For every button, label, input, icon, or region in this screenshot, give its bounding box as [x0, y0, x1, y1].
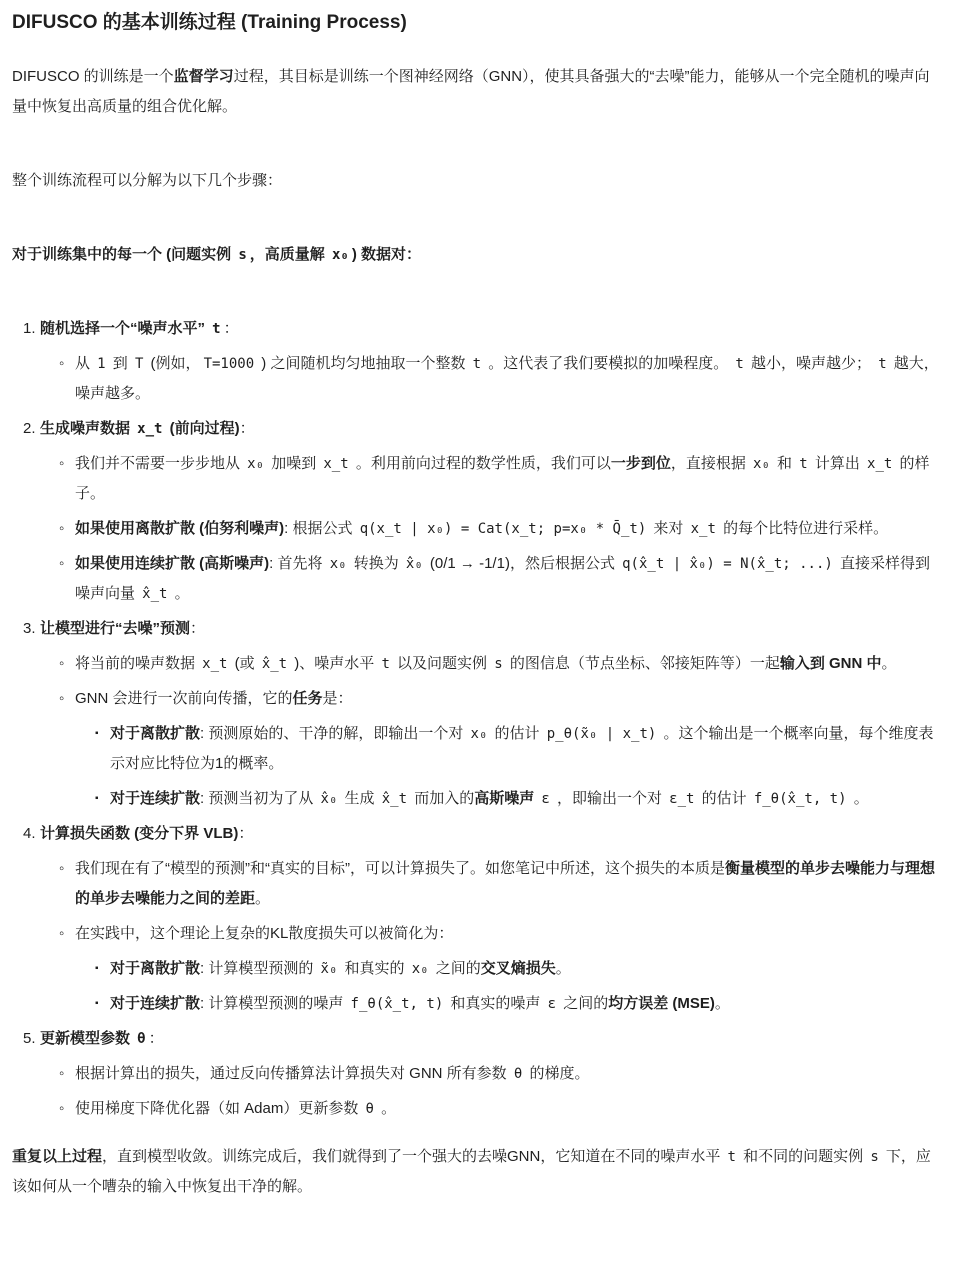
text-span: 而加入的	[410, 790, 474, 807]
text-span: )、噪声水平	[290, 655, 378, 672]
circle-bullet-icon: ◦	[59, 649, 64, 679]
text-span: 转换为	[350, 555, 403, 572]
text-span: ：	[224, 320, 239, 337]
inline-code: ε	[538, 791, 552, 807]
text-span: 。	[556, 960, 571, 977]
bullet-item: ◦在实践中，这个理论上复杂的KL散度损失可以被简化为：▪对于离散扩散: 计算模型…	[75, 919, 942, 1019]
conclusion-paragraph: 重复以上过程，直到模型收敛。训练完成后，我们就得到了一个强大的去噪GNN，它知道…	[12, 1142, 942, 1202]
text-span: 到	[109, 355, 132, 372]
text-span: 是：	[323, 690, 353, 707]
numbered-step-item: 2.生成噪声数据 x_t (前向过程)：◦我们并不需要一步步地从 x₀ 加噪到 …	[40, 414, 942, 609]
document-body: DIFUSCO 的训练是一个监督学习过程，其目标是训练一个图神经网络（GNN），…	[12, 62, 942, 1202]
circle-bullet-icon: ◦	[59, 349, 64, 379]
inline-code: x_t	[199, 656, 230, 672]
list-number: 4.	[23, 819, 36, 849]
text-span: : 计算模型预测的	[200, 960, 318, 977]
text-span: : 计算模型预测的噪声	[200, 995, 348, 1012]
text-span: 。	[715, 995, 730, 1012]
bullet-item: ◦从 1 到 T (例如，T=1000 ) 之间随机均匀地抽取一个整数 t 。这…	[75, 349, 942, 409]
text-span: 计算损失函数 (变分下界 VLB)	[40, 825, 238, 842]
text-span: 我们并不需要一步步地从	[75, 455, 244, 472]
inline-code: T	[132, 356, 146, 372]
inline-code: t	[378, 656, 392, 672]
text-span: 如果使用离散扩散 (伯努利噪声)	[75, 520, 284, 537]
text-span: 监督学习	[174, 68, 234, 85]
numbered-step-item: 4.计算损失函数 (变分下界 VLB)：◦我们现在有了“模型的预测”和“真实的目…	[40, 819, 942, 1019]
text-span: ：	[149, 1030, 164, 1047]
inline-code: t	[470, 356, 484, 372]
circle-bullet-icon: ◦	[59, 549, 64, 579]
text-span: 。	[170, 585, 189, 602]
inline-code: x̃₀	[318, 961, 341, 977]
inline-code: x₀	[244, 456, 267, 472]
text-span: 生成	[340, 790, 378, 807]
inline-code: s	[867, 1149, 881, 1165]
numbered-step-item: 1.随机选择一个“噪声水平” t：◦从 1 到 T (例如，T=1000 ) 之…	[40, 314, 942, 409]
text-span: 根据计算出的损失，通过反向传播算法计算损失对 GNN 所有参数	[75, 1065, 511, 1082]
square-bullet-icon: ▪	[95, 954, 99, 984]
inline-code: f_θ(x̂_t, t)	[751, 791, 850, 807]
inline-code: x_t	[320, 456, 351, 472]
circle-bullet-icon: ◦	[59, 1059, 64, 1089]
bullet-item: ◦如果使用离散扩散 (伯努利噪声): 根据公式 q(x_t | x₀) = Ca…	[75, 514, 942, 544]
text-span: ，直接根据	[671, 455, 750, 472]
bullet-list-level-2: ◦将当前的噪声数据 x_t (或 x̂_t )、噪声水平 t 以及问题实例 s …	[40, 649, 942, 814]
text-span: 如果使用连续扩散 (高斯噪声)	[75, 555, 269, 572]
square-bullet-icon: ▪	[95, 989, 99, 1019]
text-span: (前向过程)	[165, 420, 239, 437]
inline-code: T=1000	[201, 356, 258, 372]
inline-code: q(x̂_t | x̂₀) = N(x̂_t; ...)	[619, 556, 836, 572]
document: DIFUSCO 的基本训练过程 (Training Process) DIFUS…	[0, 0, 956, 1266]
circle-bullet-icon: ◦	[59, 684, 64, 714]
text-span: 让模型进行“去噪”预测	[40, 620, 190, 637]
numbered-step-item: 5.更新模型参数 θ：◦根据计算出的损失，通过反向传播算法计算损失对 GNN 所…	[40, 1024, 942, 1124]
text-span: : 预测原始的、干净的解，即输出一个对	[200, 725, 468, 742]
steps-lead-paragraph: 整个训练流程可以分解为以下几个步骤：	[12, 166, 942, 196]
bullet-item: ▪对于离散扩散: 计算模型预测的 x̃₀ 和真实的 x₀ 之间的交叉熵损失。	[110, 954, 942, 984]
text-span: 和不同的问题实例	[739, 1148, 867, 1165]
text-span: 。	[377, 1100, 396, 1117]
bullet-item: ◦根据计算出的损失，通过反向传播算法计算损失对 GNN 所有参数 θ 的梯度。	[75, 1059, 942, 1089]
list-number: 3.	[23, 614, 36, 644]
square-bullet-icon: ▪	[95, 784, 99, 814]
text-span: 之间的	[432, 960, 481, 977]
inline-code: f_θ(x̂_t, t)	[348, 996, 447, 1012]
text-span: 均方误差 (MSE)	[608, 995, 715, 1012]
list-number: 5.	[23, 1024, 36, 1054]
text-span: ，直到模型收敛。训练完成后，我们就得到了一个强大的去噪GNN，它知道在不同的噪声…	[102, 1148, 725, 1165]
numbered-step-item: 3.让模型进行“去噪”预测：◦将当前的噪声数据 x_t (或 x̂_t )、噪声…	[40, 614, 942, 814]
inline-code: t	[796, 456, 810, 472]
circle-bullet-icon: ◦	[59, 919, 64, 949]
inline-code: θ	[363, 1101, 377, 1117]
text-span: 生成噪声数据	[40, 420, 134, 437]
bullet-item: ◦如果使用连续扩散 (高斯噪声): 首先将 x₀ 转换为 x̂₀ (0/1 → …	[75, 549, 942, 609]
bullet-list-level-2: ◦我们现在有了“模型的预测”和“真实的目标”，可以计算损失了。如您笔记中所述，这…	[40, 854, 942, 1019]
inline-code: ε	[545, 996, 559, 1012]
bullet-item: ▪对于连续扩散: 预测当初为了从 x̂₀ 生成 x̂_t 而加入的高斯噪声 ε …	[110, 784, 942, 814]
text-span: 加噪到	[267, 455, 320, 472]
bullet-item: ◦将当前的噪声数据 x_t (或 x̂_t )、噪声水平 t 以及问题实例 s …	[75, 649, 942, 679]
text-span: ：	[238, 825, 253, 842]
inline-code: s	[235, 247, 249, 263]
text-span: 任务	[293, 690, 323, 707]
bullet-list-level-2: ◦我们并不需要一步步地从 x₀ 加噪到 x_t 。利用前向过程的数学性质，我们可…	[40, 449, 942, 609]
inline-code: 1	[94, 356, 108, 372]
text-span: DIFUSCO 的训练是一个	[12, 68, 174, 85]
text-span: 使用梯度下降优化器（如 Adam）更新参数	[75, 1100, 363, 1117]
text-span: 越小，噪声越少；	[747, 355, 875, 372]
text-span: 输入到 GNN 中	[780, 655, 882, 672]
text-span: 来对	[649, 520, 687, 537]
text-span: 整个训练流程可以分解为以下几个步骤：	[12, 172, 282, 189]
text-span: 高斯噪声	[474, 790, 534, 807]
inline-code: x₀	[409, 961, 432, 977]
text-span: 的估计	[490, 725, 543, 742]
inline-code: x_t	[864, 456, 895, 472]
inline-code: θ	[511, 1066, 525, 1082]
text-span: (0/1 → -1/1)，然后根据公式	[426, 555, 619, 572]
inline-code: x₀	[468, 726, 491, 742]
bullet-item: ▪对于离散扩散: 预测原始的、干净的解，即输出一个对 x₀ 的估计 p_θ(x̃…	[110, 719, 942, 779]
text-span: 在实践中，这个理论上复杂的KL散度损失可以被简化为：	[75, 925, 453, 942]
inline-code: x̂₀	[403, 556, 426, 572]
text-span: 对于离散扩散	[110, 960, 200, 977]
inline-code: ε_t	[666, 791, 697, 807]
inline-code: x̂₀	[318, 791, 341, 807]
text-span: 。这代表了我们要模拟的加噪程度。	[484, 355, 732, 372]
text-span: ：	[190, 620, 205, 637]
text-span: 对于离散扩散	[110, 725, 200, 742]
inline-code: x̂_t	[379, 791, 410, 807]
text-span: 的梯度。	[525, 1065, 589, 1082]
text-span: 。利用前向过程的数学性质，我们可以	[352, 455, 611, 472]
intro-paragraph: DIFUSCO 的训练是一个监督学习过程，其目标是训练一个图神经网络（GNN），…	[12, 62, 942, 122]
text-span: 我们现在有了“模型的预测”和“真实的目标”，可以计算损失了。如您笔记中所述，这个…	[75, 860, 725, 877]
bullet-item: ◦使用梯度下降优化器（如 Adam）更新参数 θ 。	[75, 1094, 942, 1124]
bullet-list-level-2: ◦从 1 到 T (例如，T=1000 ) 之间随机均匀地抽取一个整数 t 。这…	[40, 349, 942, 409]
inline-code: t	[209, 321, 223, 337]
text-span: 更新模型参数	[40, 1030, 134, 1047]
text-span: 从	[75, 355, 94, 372]
bullet-item: ▪对于连续扩散: 计算模型预测的噪声 f_θ(x̂_t, t) 和真实的噪声 ε…	[110, 989, 942, 1019]
bullet-item: ◦GNN 会进行一次前向传播，它的任务是：▪对于离散扩散: 预测原始的、干净的解…	[75, 684, 942, 814]
text-span: 对于连续扩散	[110, 790, 200, 807]
training-steps-list: 1.随机选择一个“噪声水平” t：◦从 1 到 T (例如，T=1000 ) 之…	[12, 314, 942, 1124]
text-span: : 预测当初为了从	[200, 790, 318, 807]
inline-code: t	[875, 356, 889, 372]
bullet-item: ◦我们现在有了“模型的预测”和“真实的目标”，可以计算损失了。如您笔记中所述，这…	[75, 854, 942, 914]
text-span: ：	[240, 420, 255, 437]
inline-code: s	[491, 656, 505, 672]
page-title: DIFUSCO 的基本训练过程 (Training Process)	[12, 10, 942, 36]
text-span: 重复以上过程	[12, 1148, 102, 1165]
text-span: 交叉熵损失	[481, 960, 556, 977]
inline-code: x₀	[327, 556, 350, 572]
list-number: 1.	[23, 314, 36, 344]
text-span: GNN 会进行一次前向传播，它的	[75, 690, 293, 707]
text-span: ，高质量解	[250, 246, 329, 263]
inline-code: p_θ(x̃₀ | x_t)	[544, 726, 660, 742]
text-span: 一步到位	[611, 455, 671, 472]
circle-bullet-icon: ◦	[59, 514, 64, 544]
text-span: 。	[850, 790, 869, 807]
inline-code: θ	[134, 1031, 148, 1047]
text-span: 计算出	[811, 455, 864, 472]
text-span: 对于连续扩散	[110, 995, 200, 1012]
text-span: 。	[255, 890, 270, 907]
text-span: (或	[230, 655, 258, 672]
text-span: : 首先将	[269, 555, 327, 572]
inline-code: t	[725, 1149, 739, 1165]
text-span: ) 之间随机均匀地抽取一个整数	[257, 355, 470, 372]
text-span: ) 数据对：	[352, 246, 421, 263]
square-bullet-icon: ▪	[95, 719, 99, 749]
inline-code: x̂_t	[139, 586, 170, 602]
text-span: 。	[882, 655, 897, 672]
inline-code: q(x_t | x₀) = Cat(x_t; p=x₀ * Q̄_t)	[357, 521, 650, 537]
circle-bullet-icon: ◦	[59, 1094, 64, 1124]
circle-bullet-icon: ◦	[59, 854, 64, 884]
list-number: 2.	[23, 414, 36, 444]
text-span: 将当前的噪声数据	[75, 655, 199, 672]
text-span: 和真实的	[340, 960, 408, 977]
bullet-list-level-3: ▪对于离散扩散: 计算模型预测的 x̃₀ 和真实的 x₀ 之间的交叉熵损失。▪对…	[75, 954, 942, 1019]
text-span: 的每个比特位进行采样。	[719, 520, 888, 537]
text-span: 和	[773, 455, 796, 472]
inline-code: x₀	[329, 247, 352, 263]
text-span: 对于训练集中的每一个 (问题实例	[12, 246, 235, 263]
text-span: : 根据公式	[284, 520, 357, 537]
inline-code: t	[732, 356, 746, 372]
inline-code: x_t	[688, 521, 719, 537]
text-span: 和真实的噪声	[446, 995, 544, 1012]
foreach-datapair-line: 对于训练集中的每一个 (问题实例 s，高质量解 x₀) 数据对：	[12, 240, 942, 270]
bullet-list-level-3: ▪对于离散扩散: 预测原始的、干净的解，即输出一个对 x₀ 的估计 p_θ(x̃…	[75, 719, 942, 814]
text-span: 以及问题实例	[393, 655, 491, 672]
circle-bullet-icon: ◦	[59, 449, 64, 479]
text-span: (例如，	[146, 355, 200, 372]
text-span: 的估计	[697, 790, 750, 807]
inline-code: x̂_t	[259, 656, 290, 672]
text-span: 随机选择一个“噪声水平”	[40, 320, 209, 337]
text-span: 的图信息（节点坐标、邻接矩阵等）一起	[506, 655, 780, 672]
text-span: ，即输出一个对	[553, 790, 666, 807]
bullet-list-level-2: ◦根据计算出的损失，通过反向传播算法计算损失对 GNN 所有参数 θ 的梯度。◦…	[40, 1059, 942, 1124]
text-span: 之间的	[559, 995, 608, 1012]
inline-code: x₀	[750, 456, 773, 472]
inline-code: x_t	[134, 421, 165, 437]
bullet-item: ◦我们并不需要一步步地从 x₀ 加噪到 x_t 。利用前向过程的数学性质，我们可…	[75, 449, 942, 509]
